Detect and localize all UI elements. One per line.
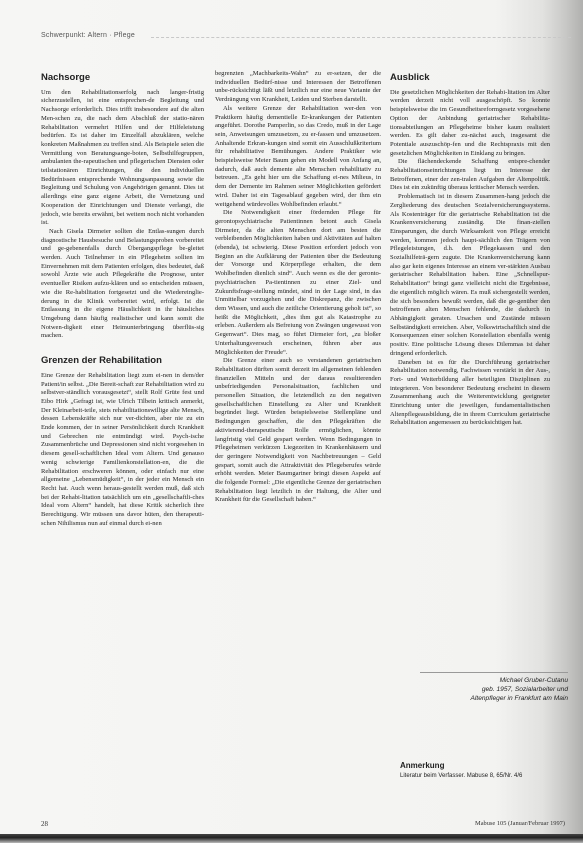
section-title-grenzen: Grenzen der Rehabilitation [41, 357, 204, 366]
author-block: Michael Gruber-Cutanu geb. 1957, Soziala… [420, 672, 568, 703]
paragraph: Nach Gisela Dirmeier sollten die Entlas-… [41, 228, 204, 341]
column-1: Nachsorge Um den Rehabilitationserfolg n… [41, 74, 204, 528]
author-name: Michael Gruber-Cutanu [420, 676, 568, 685]
column-3: Ausblick Die gesetzlichen Möglichkeiten … [390, 74, 550, 428]
scan-edge [0, 834, 583, 843]
running-head: Schwerpunkt: Altern · Pflege [41, 32, 135, 39]
section-title-ausblick: Ausblick [390, 74, 550, 83]
paragraph: Die flächendeckende Schaffung entspre-ch… [390, 158, 550, 193]
column-2: begrenzten „Machbarkeits-Wahn“ zu er-set… [215, 70, 381, 505]
paragraph: Problematisch ist in diesem Zusammen-han… [390, 193, 550, 358]
journal-citation: Mabuse 105 (Januar/Februar 1997) [430, 820, 565, 827]
note-title: Anmerkung [400, 762, 570, 770]
page-number: 28 [41, 820, 48, 828]
paragraph: Als weitere Grenze der Rehabilitation we… [215, 105, 381, 209]
section-title-nachsorge: Nachsorge [41, 74, 204, 83]
note-text: Literatur beim Verfasser. Mabuse 8, 65/N… [400, 772, 570, 780]
paragraph: Eine Grenze der Rehabilitation liegt zum… [41, 372, 204, 529]
paragraph: Die Grenze einer auch so verstandenen ge… [215, 357, 381, 505]
paragraph: Die gesetzlichen Möglichkeiten der Rehab… [390, 89, 550, 159]
paragraph: Um den Rehabilitationserfolg nach langer… [41, 89, 204, 228]
footnote-block: Anmerkung Literatur beim Verfasser. Mabu… [400, 762, 570, 780]
paragraph: Daneben ist es für die Durchführung geri… [390, 359, 550, 429]
author-bio-line: geb. 1957, Sozialarbeiter und [420, 685, 568, 694]
paragraph: begrenzten „Machbarkeits-Wahn“ zu er-set… [215, 70, 381, 105]
running-head-text: Schwerpunkt: Altern · Pflege [41, 32, 135, 39]
document-page: Schwerpunkt: Altern · Pflege Nachsorge U… [0, 0, 583, 843]
header-rule [151, 37, 571, 38]
author-bio-line: Altenpfleger in Frankfurt am Main [420, 694, 568, 703]
paragraph: Die Notwendigkeit einer fördernden Pfleg… [215, 209, 381, 357]
